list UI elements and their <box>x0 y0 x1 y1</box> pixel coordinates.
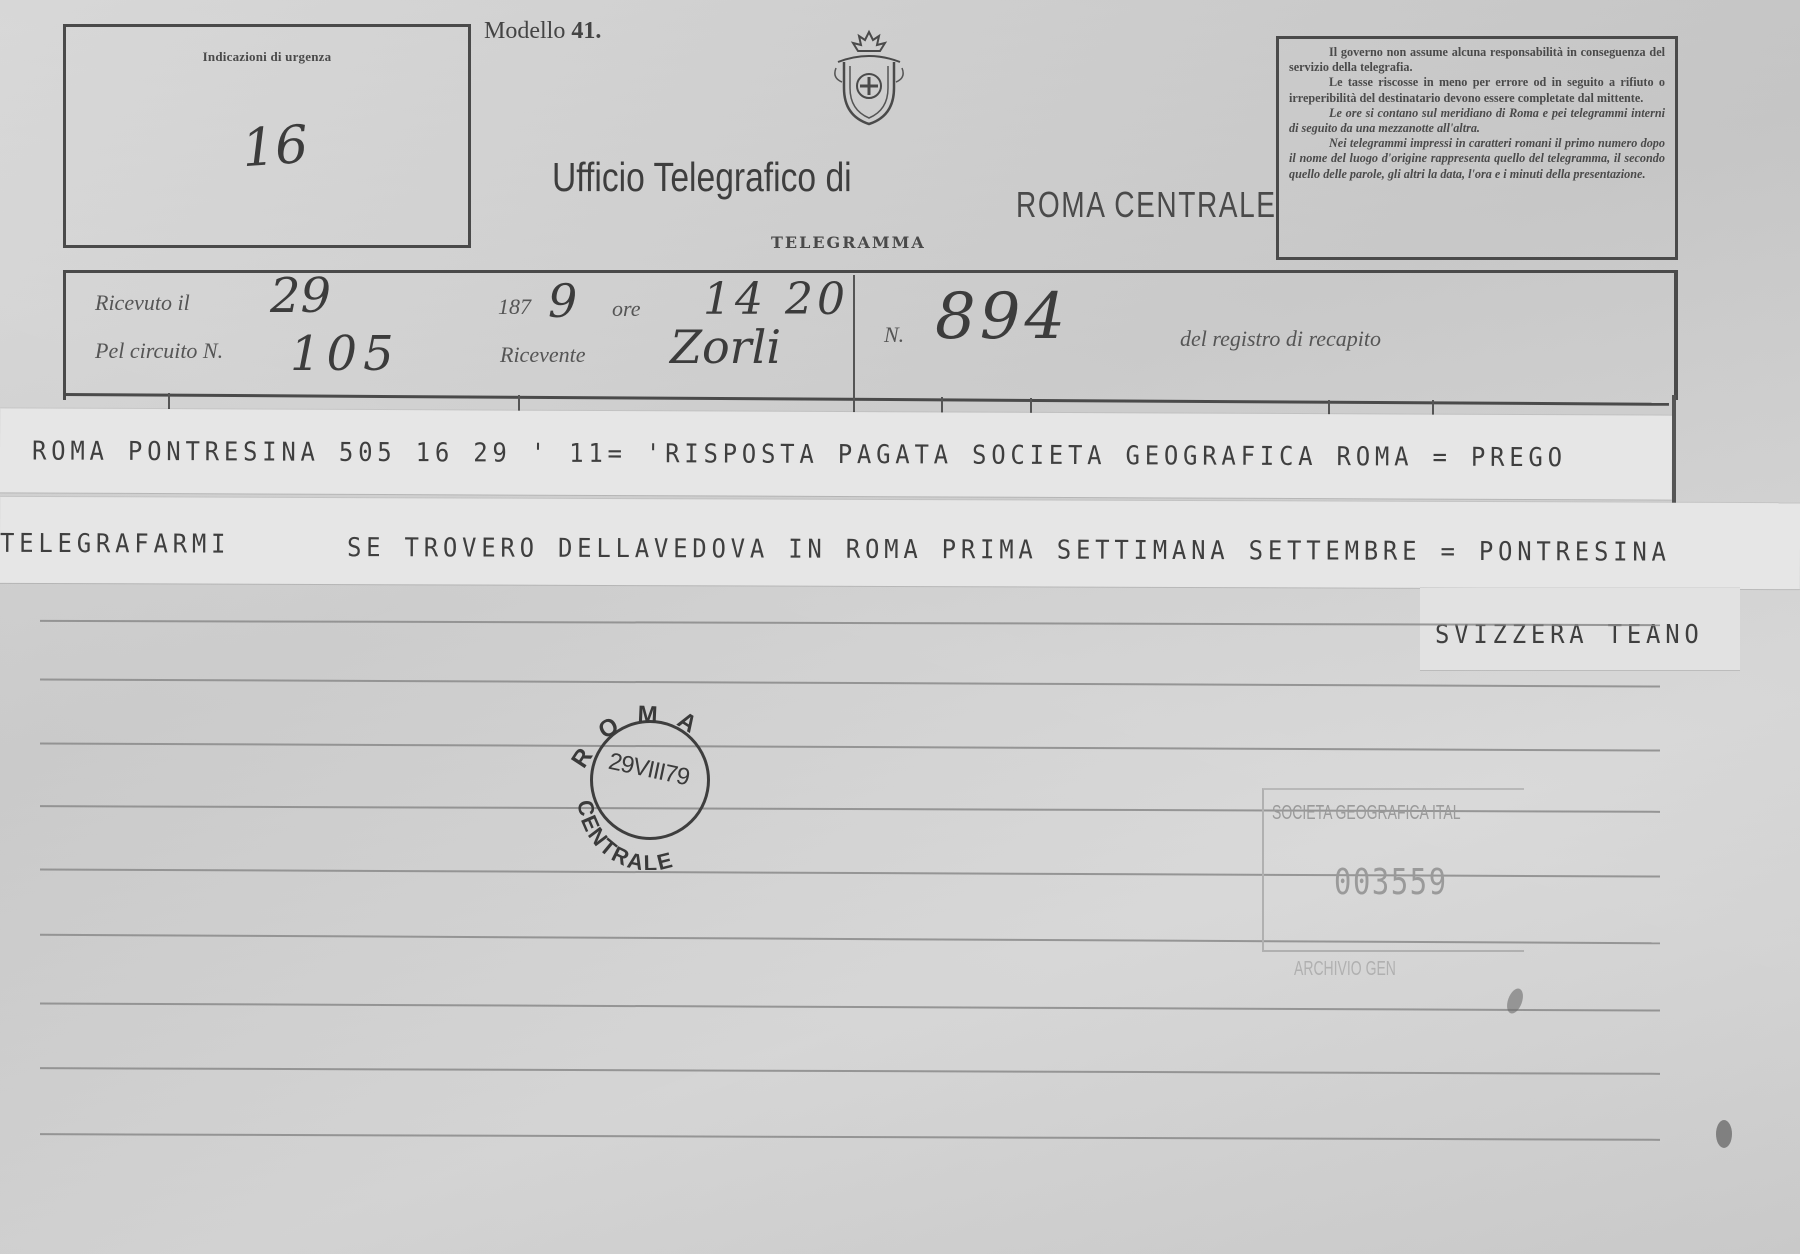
notice-paragraph-4: Nei telegrammi impressi in caratteri rom… <box>1289 136 1665 182</box>
urgency-box: Indicazioni di urgenza 16 <box>63 24 471 248</box>
model-label-text: Modello <box>484 18 565 44</box>
circuit-value: 105 <box>290 326 400 382</box>
ruled-line <box>40 620 1660 626</box>
year-suffix: 9 <box>548 274 577 328</box>
circuit-label: Pel circuito N. <box>95 338 223 364</box>
message-line-2b: SE TROVERO DELLAVEDOVA IN ROMA PRIMA SET… <box>347 533 1671 568</box>
year-prefix: 187 <box>498 294 531 319</box>
office-title: Ufficio Telegrafico di <box>552 154 852 201</box>
message-strip-1: ROMA PONTRESINA 505 16 29 ' 11= 'RISPOST… <box>0 408 1672 499</box>
ink-spot <box>1716 1120 1732 1148</box>
archive-number: 003559 <box>1334 862 1448 903</box>
office-name-stamp: ROMA CENTRALE <box>1016 184 1277 226</box>
receiver-value: Zorli <box>670 320 781 374</box>
ink-spot <box>1504 986 1526 1015</box>
notice-paragraph-1: Il governo non assume alcuna responsabil… <box>1289 45 1665 75</box>
register-label: del registro di recapito <box>1180 326 1381 352</box>
number-label: N. <box>884 322 904 348</box>
year-label: 187 <box>498 294 531 320</box>
model-label: Modello 41. <box>484 18 601 45</box>
archive-footer: ARCHIVIO GEN <box>1294 958 1396 981</box>
archive-header: SOCIETA GEOGRAFICA ITAL <box>1272 802 1461 825</box>
telegram-label: TELEGRAMMA <box>771 233 926 252</box>
message-strip-2: TELEGRAFARMI SE TROVERO DELLAVEDOVA IN R… <box>0 497 1800 589</box>
form-right-edge <box>1672 395 1676 505</box>
svg-text:CENTRALE: CENTRALE <box>572 798 676 870</box>
urgency-value: 16 <box>240 115 310 179</box>
received-label: Ricevuto il <box>95 290 190 316</box>
ruled-line <box>40 1067 1660 1075</box>
model-number: 41. <box>571 18 601 44</box>
receiver-label: Ricevente <box>500 342 586 368</box>
hour-value: 14 20 <box>703 274 849 325</box>
register-number: 894 <box>935 280 1069 354</box>
ruled-line <box>40 742 1660 751</box>
disclaimer-notice: Il governo non assume alcuna responsabil… <box>1276 36 1678 260</box>
ruled-line <box>40 1133 1660 1141</box>
message-line-1: ROMA PONTRESINA 505 16 29 ' 11= 'RISPOST… <box>32 436 1567 473</box>
column-tick <box>168 393 170 409</box>
archive-stamp: SOCIETA GEOGRAFICA ITAL 003559 ARCHIVIO … <box>1262 788 1524 952</box>
message-line-2a: TELEGRAFARMI <box>0 529 230 560</box>
ruled-line <box>40 678 1660 687</box>
message-strip-3: SVIZZERA TEANO <box>1420 588 1740 670</box>
column-tick <box>1432 400 1434 416</box>
notice-paragraph-3: Le ore si contano sul meridiano di Roma … <box>1289 106 1665 136</box>
received-day: 29 <box>270 268 331 324</box>
ruled-line <box>40 1002 1660 1011</box>
column-tick <box>518 395 520 411</box>
column-tick <box>1030 398 1032 414</box>
archive-number-text: 003559 <box>1334 862 1448 903</box>
postmark-stamp: ROMA CENTRALE 29VIII79 <box>560 690 740 870</box>
receipt-divider <box>853 275 855 415</box>
notice-paragraph-2: Le tasse riscosse in meno per errore od … <box>1289 75 1665 105</box>
column-tick <box>941 397 943 413</box>
coat-of-arms-icon <box>830 28 908 128</box>
urgency-label: Indicazioni di urgenza <box>66 49 468 65</box>
hour-label: ore <box>612 296 641 322</box>
